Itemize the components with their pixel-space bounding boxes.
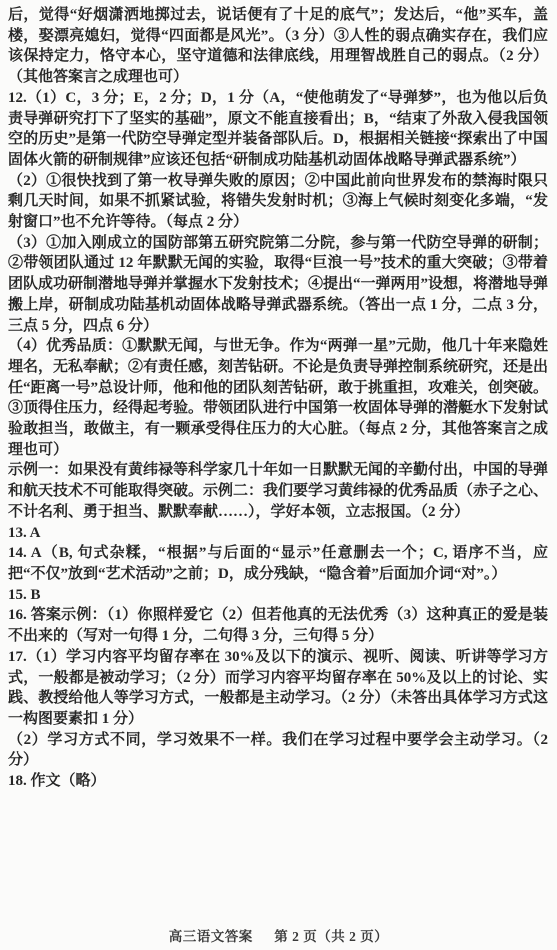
- footer-page-number: 第 2 页（共 2 页）: [274, 929, 388, 944]
- answer-text-block: 后，觉得“好烟潇洒地掷过去，说话便有了十足的底气”；发达后，“他”买车，盖楼，娶…: [8, 5, 548, 792]
- answer-12-2: （2）①很快找到了第一枚导弹失败的原因；②中国此前向世界发布的禁海时限只剩几天时…: [8, 171, 548, 233]
- answer-12-3: （3）①加入刚成立的国防部第五研究院第二分院，参与第一代防空导弹的研制；②带领团…: [8, 233, 548, 337]
- answer-17-1: 17.（1）学习内容平均留存率在 30%及以下的演示、视听、阅读、听讲等学习方式…: [8, 647, 548, 730]
- answer-16: 16. 答案示例：（1）你照样爱它（2）但若他真的无法优秀（3）这种真正的爱是装…: [8, 605, 548, 646]
- answer-14: 14. A（B, 句式杂糅，“根据”与后面的“显示”任意删去一个；C, 语序不当…: [8, 543, 548, 584]
- answer-17-2: （2）学习方式不同，学习效果不一样。我们在学习过程中要学会主动学习。（2 分）: [8, 730, 548, 771]
- answer-12-examples: 示例一：如果没有黄纬禄等科学家几十年如一日默默无闻的辛勤付出，中国的导弹和航天技…: [8, 460, 548, 522]
- paragraph-overflow-prev-answer: 后，觉得“好烟潇洒地掷过去，说话便有了十足的底气”；发达后，“他”买车，盖楼，娶…: [8, 5, 548, 88]
- answer-18: 18. 作文（略）: [8, 771, 548, 792]
- footer-doc-title: 高三语文答案: [169, 929, 253, 944]
- answer-12-4: （4）优秀品质：①默默无闻，与世无争。作为“两弹一星”元勋，他几十年来隐姓埋名，…: [8, 336, 548, 460]
- page-footer: 高三语文答案第 2 页（共 2 页）: [0, 925, 557, 945]
- answer-15: 15. B: [8, 585, 548, 606]
- document-page: 后，觉得“好烟潇洒地掷过去，说话便有了十足的底气”；发达后，“他”买车，盖楼，娶…: [0, 0, 557, 950]
- answer-13: 13. A: [8, 523, 548, 544]
- answer-12-1: 12.（1）C，3 分；E，2 分；D，1 分（A，“使他萌发了“导弹梦”，也为…: [8, 88, 548, 171]
